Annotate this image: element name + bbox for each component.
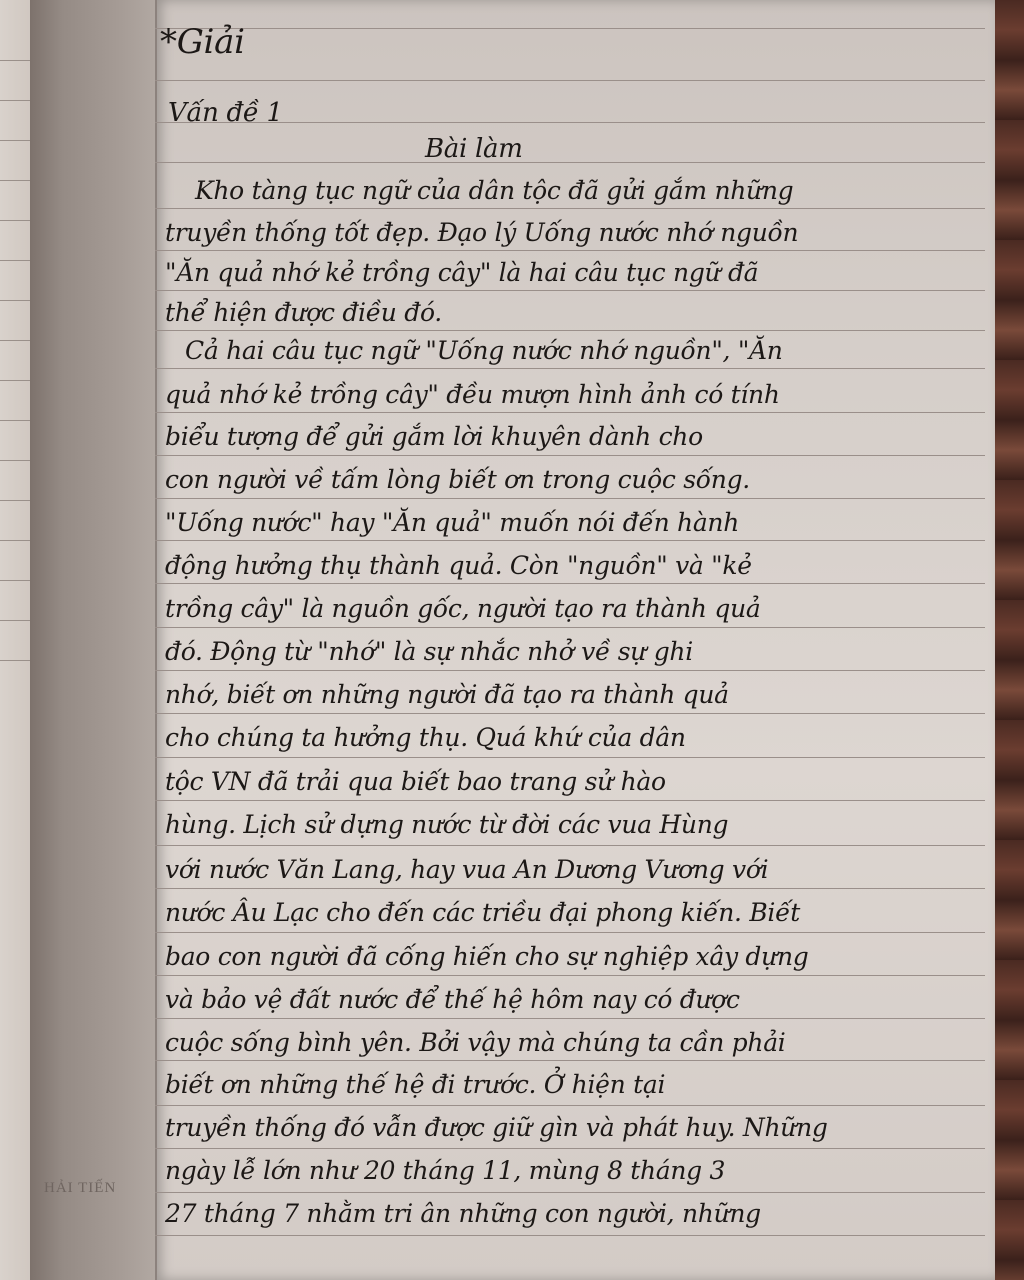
essay-line: tộc VN đã trải qua biết bao trang sử hào: [165, 767, 995, 796]
essay-line: Cả hai câu tục ngữ "Uống nước nhớ nguồn"…: [185, 336, 1015, 365]
essay-title: Bài làm: [425, 134, 1024, 164]
ruled-line: [155, 1148, 985, 1149]
ruled-line: [155, 1018, 985, 1019]
essay-line: biết ơn những thế hệ đi trước. Ở hiện tạ…: [165, 1070, 995, 1099]
ruled-line: [155, 330, 985, 331]
essay-line: động hưởng thụ thành quả. Còn "nguồn" và…: [165, 551, 995, 580]
essay-line: cuộc sống bình yên. Bởi vậy mà chúng ta …: [165, 1028, 995, 1057]
essay-line: trồng cây" là nguồn gốc, người tạo ra th…: [165, 594, 995, 623]
ruled-line: [155, 845, 985, 846]
essay-line: nước Âu Lạc cho đến các triều đại phong …: [165, 898, 995, 927]
ruled-line: [155, 888, 985, 889]
ruled-line: [155, 713, 985, 714]
ruled-line: [155, 368, 985, 369]
essay-line: cho chúng ta hưởng thụ. Quá khứ của dân: [165, 723, 995, 752]
essay-line: truyền thống đó vẫn được giữ gìn và phát…: [165, 1113, 995, 1142]
essay-line: biểu tượng để gửi gắm lời khuyên dành ch…: [165, 422, 995, 451]
essay-line: bao con người đã cống hiến cho sự nghiệp…: [165, 942, 995, 971]
essay-line: ngày lễ lớn như 20 tháng 11, mùng 8 thán…: [165, 1156, 995, 1185]
essay-line: với nước Văn Lang, hay vua An Dương Vươn…: [165, 855, 995, 884]
ruled-line: [155, 1235, 985, 1236]
ruled-line: [155, 932, 985, 933]
essay-line: "Uống nước" hay "Ăn quả" muốn nói đến hà…: [165, 508, 995, 537]
ruled-line: [155, 80, 985, 81]
essay-line: nhớ, biết ơn những người đã tạo ra thành…: [165, 680, 995, 709]
ruled-line: [155, 208, 985, 209]
ruled-line: [155, 627, 985, 628]
ruled-line: [155, 412, 985, 413]
ruled-line: [155, 455, 985, 456]
essay-line: Kho tàng tục ngữ của dân tộc đã gửi gắm …: [195, 176, 1024, 205]
problem-heading: Vấn đề 1: [168, 98, 998, 128]
ruled-line: [155, 290, 985, 291]
essay-line: hùng. Lịch sử dựng nước từ đời các vua H…: [165, 810, 995, 839]
essay-line: đó. Động từ "nhớ" là sự nhắc nhở về sự g…: [165, 637, 995, 666]
ruled-line: [155, 670, 985, 671]
ruled-line: [155, 757, 985, 758]
ruled-line: [155, 975, 985, 976]
notebook-gutter: [30, 0, 160, 1280]
essay-line: truyền thống tốt đẹp. Đạo lý Uống nước n…: [165, 218, 995, 247]
ruled-line: [155, 1105, 985, 1106]
essay-line: và bảo vệ đất nước để thế hệ hôm nay có …: [165, 985, 995, 1014]
ruled-line: [155, 1192, 985, 1193]
section-heading: *Giải: [160, 22, 990, 62]
ruled-line: [155, 800, 985, 801]
margin-line: [155, 0, 157, 1280]
ruled-line: [155, 540, 985, 541]
notebook-brand-label: HẢI TIẾN: [44, 1180, 116, 1197]
ruled-line: [155, 583, 985, 584]
essay-line: con người về tấm lòng biết ơn trong cuộc…: [165, 465, 995, 494]
essay-line: "Ăn quả nhớ kẻ trồng cây" là hai câu tục…: [165, 258, 995, 287]
ruled-line: [155, 250, 985, 251]
ruled-line: [155, 498, 985, 499]
essay-line: 27 tháng 7 nhằm tri ân những con người, …: [165, 1199, 995, 1228]
ruled-line: [155, 1060, 985, 1061]
essay-line: thể hiện được điều đó.: [165, 298, 995, 327]
essay-line: quả nhớ kẻ trồng cây" đều mượn hình ảnh …: [165, 380, 995, 409]
